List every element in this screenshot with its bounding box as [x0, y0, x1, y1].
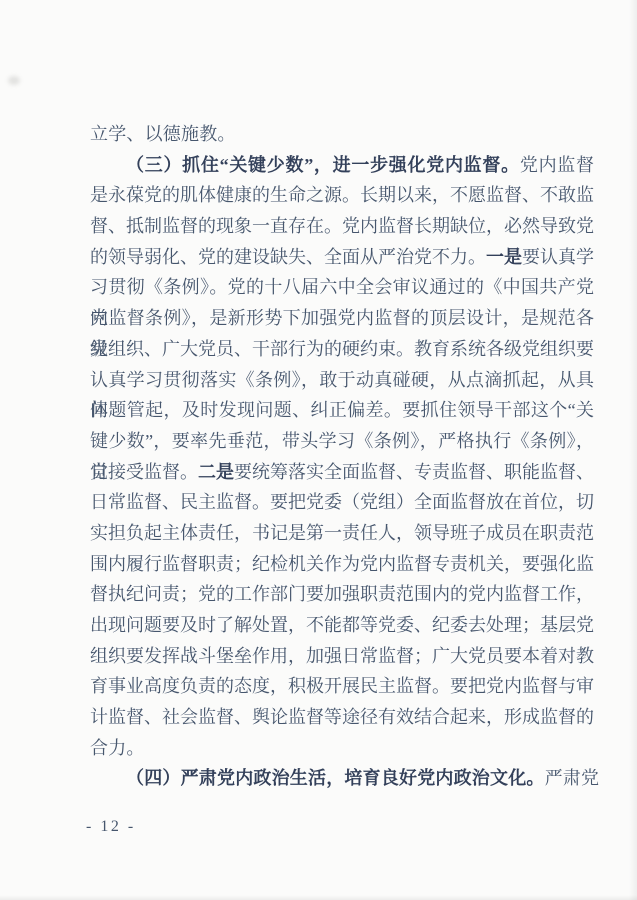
text-segment: 组织要发挥战斗堡垒作用，加强日常监督；广大党员要本着对教	[90, 646, 594, 666]
text-line-14: 实担负起主体责任，书记是第一责任人，领导班子成员在职责范	[90, 518, 594, 549]
text-segment: 围内履行监督职责；纪检机关作为党内监督专责机关，要强化监	[90, 554, 594, 574]
text-segment-bold: 二是	[198, 462, 234, 482]
text-line-6: 习贯彻《条例》。党的十八届六中全会审议通过的《中国共产党党	[90, 272, 594, 303]
text-line-16: 督执纪问责；党的工作部门要加强职责范围内的党内监督工作，	[90, 579, 594, 610]
text-segment: 问题管起，及时发现问题、纠正偏差。要抓住领导干部这个“关	[90, 400, 594, 420]
text-line-21: 合力。	[90, 733, 594, 764]
text-line-2: （三）抓住“关键少数”，进一步强化党内监督。党内监督	[90, 150, 594, 181]
text-segment: 党内监督	[520, 155, 594, 175]
text-line-1: 立学、以德施教。	[90, 119, 594, 150]
text-line-18: 组织要发挥战斗堡垒作用，加强日常监督；广大党员要本着对教	[90, 641, 594, 672]
text-segment: 日常监督、民主监督。要把党委（党组）全面监督放在首位，切	[90, 492, 594, 512]
text-segment: 立学、以德施教。	[90, 124, 236, 144]
scan-edge-right	[629, 0, 637, 900]
text-segment: 合力。	[90, 738, 145, 758]
text-segment-bold: （四）严肃党内政治生活，培育良好党内政治文化。	[126, 768, 545, 788]
text-segment: 的领导弱化、党的建设缺失、全面从严治党不力。	[90, 247, 486, 267]
text-line-20: 计监督、社会监督、舆论监督等途径有效结合起来，形成监督的	[90, 702, 594, 733]
text-line-9: 认真学习贯彻落实《条例》，敢于动真碰硬，从点滴抓起，从具体	[90, 365, 594, 396]
text-segment: 要统筹落实全面监督、专责监督、职能监督、	[234, 462, 594, 482]
text-line-13: 日常监督、民主监督。要把党委（党组）全面监督放在首位，切	[90, 487, 594, 518]
text-line-7: 内监督条例》，是新形势下加强党内监督的顶层设计，是规范各级	[90, 303, 594, 334]
text-line-22: （四）严肃党内政治生活，培育良好党内政治文化。严肃党	[90, 763, 594, 794]
text-line-19: 育事业高度负责的态度，积极开展民主监督。要把党内监督与审	[90, 671, 594, 702]
text-segment: 党组织、广大党员、干部行为的硬约束。教育系统各级党组织要	[90, 339, 594, 359]
scanned-document-page: 立学、以德施教。（三）抓住“关键少数”，进一步强化党内监督。党内监督是永葆党的肌…	[0, 0, 637, 900]
text-segment-bold: （三）抓住“关键少数”，进一步强化党内监督。	[126, 155, 520, 175]
text-line-8: 党组织、广大党员、干部行为的硬约束。教育系统各级党组织要	[90, 334, 594, 365]
text-line-5: 的领导弱化、党的建设缺失、全面从严治党不力。一是要认真学	[90, 242, 594, 273]
text-line-12: 觉接受监督。二是要统筹落实全面监督、专责监督、职能监督、	[90, 457, 594, 488]
text-segment-bold: 一是	[486, 247, 522, 267]
text-segment: 实担负起主体责任，书记是第一责任人，领导班子成员在职责范	[90, 523, 594, 543]
text-segment: 是永葆党的肌体健康的生命之源。长期以来，不愿监督、不敢监	[90, 185, 594, 205]
document-body-text: 立学、以德施教。（三）抓住“关键少数”，进一步强化党内监督。党内监督是永葆党的肌…	[90, 119, 594, 794]
scan-edge-bottom	[0, 895, 637, 900]
text-segment: 出现问题要及时了解处置，不能都等党委、纪委去处理；基层党	[90, 615, 594, 635]
scan-smudge-artifact	[8, 76, 20, 85]
text-segment: 计监督、社会监督、舆论监督等途径有效结合起来，形成监督的	[90, 707, 594, 727]
text-segment: 督、抵制监督的现象一直存在。党内监督长期缺位，必然导致党	[90, 216, 594, 236]
text-line-3: 是永葆党的肌体健康的生命之源。长期以来，不愿监督、不敢监	[90, 180, 594, 211]
page-number: - 12 -	[86, 818, 136, 836]
text-line-15: 围内履行监督职责；纪检机关作为党内监督专责机关，要强化监	[90, 549, 594, 580]
text-line-17: 出现问题要及时了解处置，不能都等党委、纪委去处理；基层党	[90, 610, 594, 641]
text-segment: 育事业高度负责的态度，积极开展民主监督。要把党内监督与审	[90, 676, 594, 696]
text-segment: 督执纪问责；党的工作部门要加强职责范围内的党内监督工作，	[90, 584, 594, 604]
text-line-10: 问题管起，及时发现问题、纠正偏差。要抓住领导干部这个“关	[90, 395, 594, 426]
text-segment: 觉接受监督。	[90, 462, 198, 482]
text-segment: 要认真学	[522, 247, 594, 267]
text-line-11: 键少数”，要率先垂范，带头学习《条例》，严格执行《条例》，自	[90, 426, 594, 457]
text-segment: 严肃党	[545, 768, 600, 788]
text-line-4: 督、抵制监督的现象一直存在。党内监督长期缺位，必然导致党	[90, 211, 594, 242]
